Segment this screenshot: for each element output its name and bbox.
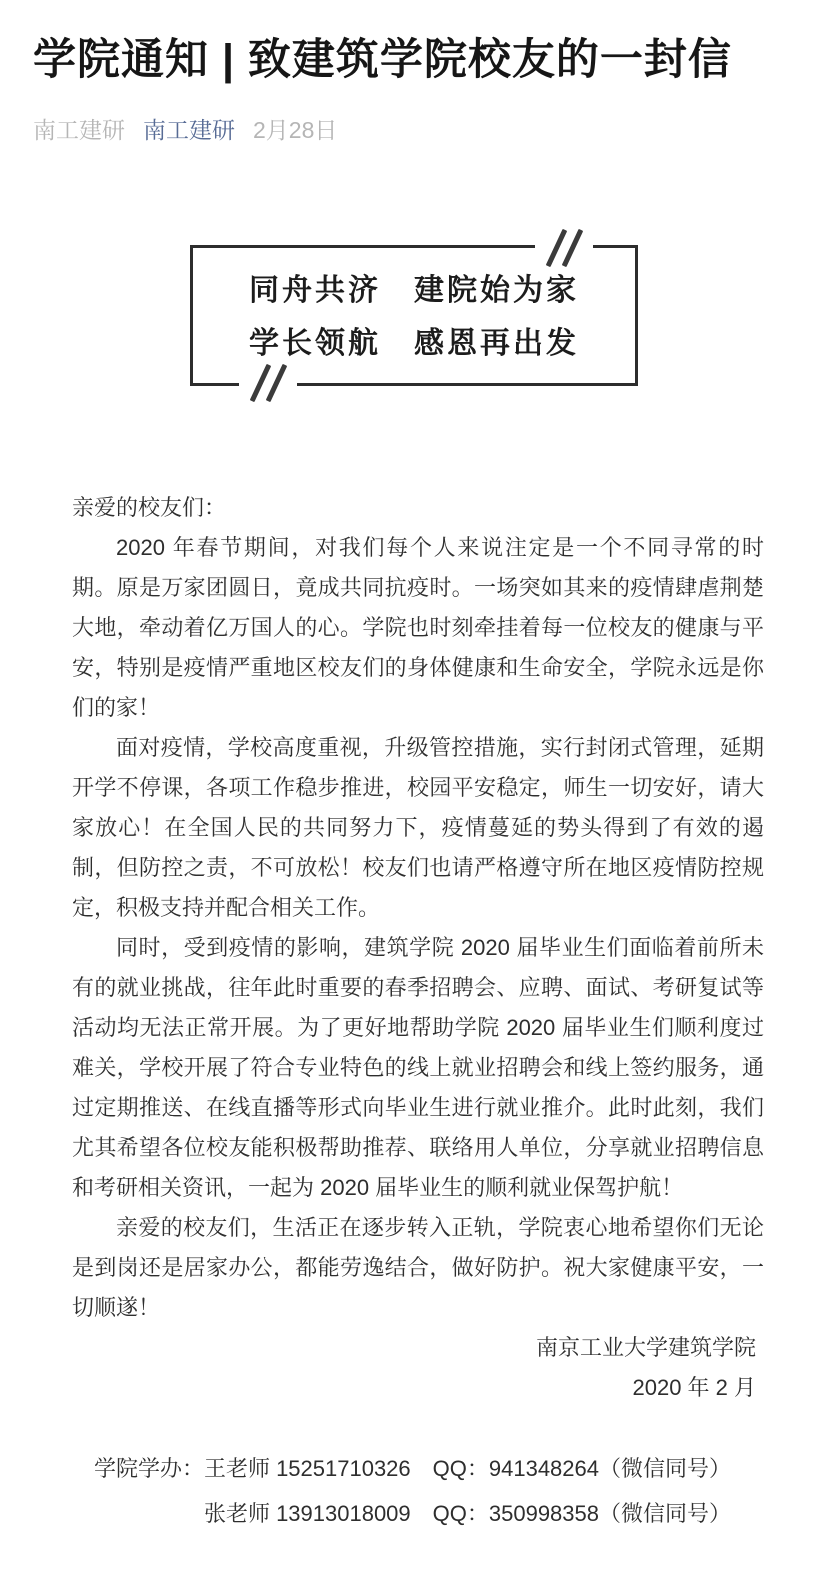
double-slash-icon [239, 361, 297, 405]
slogan-banner: 同舟共济 建院始为家 学长领航 感恩再出发 [190, 245, 638, 386]
contact-block: 学院学办：王老师 15251710326 QQ：941348264（微信同号） … [72, 1446, 764, 1536]
slogan-line-1: 同舟共济 建院始为家 [193, 264, 635, 317]
bottom-padding [0, 1536, 828, 1572]
letter-salutation: 亲爱的校友们： [72, 488, 764, 528]
letter-paragraph: 面对疫情，学校高度重视，升级管控措施，实行封闭式管理，延期开学不停课，各项工作稳… [72, 728, 764, 928]
byline: 南工建研 南工建研 2月28日 [33, 112, 795, 145]
contact-line-2: 张老师 13913018009 QQ：350998358（微信同号） [72, 1491, 731, 1536]
publish-date: 2月28日 [253, 112, 337, 145]
double-slash-icon [535, 226, 593, 270]
letter-paragraph: 2020 年春节期间，对我们每个人来说注定是一个不同寻常的时期。原是万家团圆日，… [72, 528, 764, 728]
letter-paragraph: 亲爱的校友们，生活正在逐步转入正轨，学院衷心地希望你们无论是到岗还是居家办公，都… [72, 1208, 764, 1328]
article-title: 学院通知 | 致建筑学院校友的一封信 [33, 34, 795, 86]
letter-body: 亲爱的校友们： 2020 年春节期间，对我们每个人来说注定是一个不同寻常的时期。… [72, 488, 764, 1536]
contact-line-1: 学院学办：王老师 15251710326 QQ：941348264（微信同号） [72, 1446, 731, 1491]
account-link[interactable]: 南工建研 [143, 112, 235, 145]
letter-paragraph: 同时，受到疫情的影响，建筑学院 2020 届毕业生们面临着前所未有的就业挑战，往… [72, 928, 764, 1208]
article-page: 学院通知 | 致建筑学院校友的一封信 南工建研 南工建研 2月28日 同舟共济 … [0, 34, 828, 1572]
signature-org: 南京工业大学建筑学院 [72, 1328, 764, 1368]
signature-date: 2020 年 2 月 [72, 1368, 764, 1408]
author-name: 南工建研 [33, 112, 125, 145]
